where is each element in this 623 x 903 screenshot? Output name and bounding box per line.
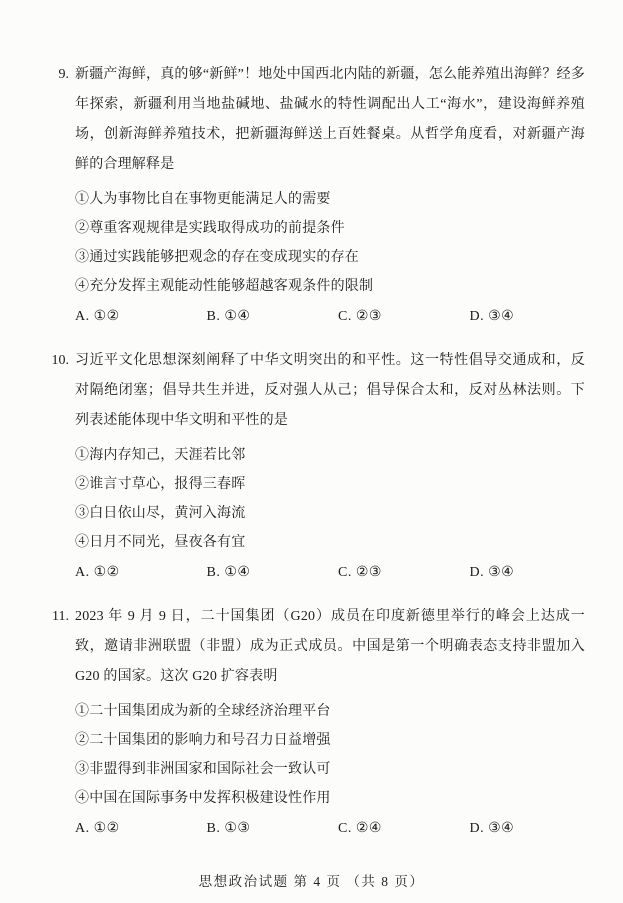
answer-option-d: D. ③④ [470,558,515,587]
choice-1: ①海内存知己，天涯若比邻 [75,441,585,470]
question-stem: 习近平文化思想深刻阐释了中华文明突出的和平性。这一特性倡导交通成和，反对隔绝闭塞… [75,346,585,436]
choice-3: ③非盟得到非洲国家和国际社会一致认可 [75,755,585,784]
choice-list: ①人为事物比自在事物更能满足人的需要 ②尊重客观规律是实践取得成功的前提条件 ③… [75,185,585,301]
answer-option-b: B. ①④ [207,302,335,331]
question-stem: 新疆产海鲜，真的够“新鲜”！地处中国西北内陆的新疆，怎么能养殖出海鲜？经多年探索… [75,60,585,180]
choice-1: ①二十国集团成为新的全球经济治理平台 [75,697,585,726]
exam-content: 9. 新疆产海鲜，真的够“新鲜”！地处中国西北内陆的新疆，怎么能养殖出海鲜？经多… [75,60,585,843]
answer-option-b: B. ①③ [207,814,335,843]
answer-option-c: C. ②③ [338,302,466,331]
answer-option-c: C. ②③ [338,558,466,587]
answer-row: A. ①② B. ①④ C. ②③ D. ③④ [75,302,585,331]
answer-option-a: A. ①② [75,814,203,843]
choice-1: ①人为事物比自在事物更能满足人的需要 [75,185,585,214]
question-number: 10. [39,346,69,376]
answer-option-c: C. ②④ [338,814,466,843]
choice-2: ②尊重客观规律是实践取得成功的前提条件 [75,214,585,243]
choice-4: ④日月不同光，昼夜各有宜 [75,528,585,557]
choice-list: ①海内存知己，天涯若比邻 ②谁言寸草心，报得三春晖 ③白日依山尽，黄河入海流 ④… [75,441,585,557]
exam-page: 9. 新疆产海鲜，真的够“新鲜”！地处中国西北内陆的新疆，怎么能养殖出海鲜？经多… [0,0,623,903]
choice-3: ③白日依山尽，黄河入海流 [75,499,585,528]
answer-option-d: D. ③④ [470,814,515,843]
question-11: 11. 2023 年 9 月 9 日，二十国集团（G20）成员在印度新德里举行的… [75,602,585,843]
answer-option-d: D. ③④ [470,302,515,331]
question-9: 9. 新疆产海鲜，真的够“新鲜”！地处中国西北内陆的新疆，怎么能养殖出海鲜？经多… [75,60,585,331]
choice-2: ②谁言寸草心，报得三春晖 [75,470,585,499]
choice-2: ②二十国集团的影响力和号召力日益增强 [75,726,585,755]
answer-option-a: A. ①② [75,558,203,587]
page-footer: 思想政治试题 第 4 页 （共 8 页） [0,870,623,890]
question-number: 11. [39,602,69,632]
question-10: 10. 习近平文化思想深刻阐释了中华文明突出的和平性。这一特性倡导交通成和，反对… [75,346,585,587]
answer-row: A. ①② B. ①④ C. ②③ D. ③④ [75,558,585,587]
choice-4: ④中国在国际事务中发挥积极建设性作用 [75,784,585,813]
choice-3: ③通过实践能够把观念的存在变成现实的存在 [75,243,585,272]
answer-row: A. ①② B. ①③ C. ②④ D. ③④ [75,814,585,843]
choice-4: ④充分发挥主观能动性能够超越客观条件的限制 [75,272,585,301]
question-number: 9. [39,60,69,90]
answer-option-b: B. ①④ [207,558,335,587]
answer-option-a: A. ①② [75,302,203,331]
choice-list: ①二十国集团成为新的全球经济治理平台 ②二十国集团的影响力和号召力日益增强 ③非… [75,697,585,813]
question-stem: 2023 年 9 月 9 日，二十国集团（G20）成员在印度新德里举行的峰会上达… [75,602,585,692]
